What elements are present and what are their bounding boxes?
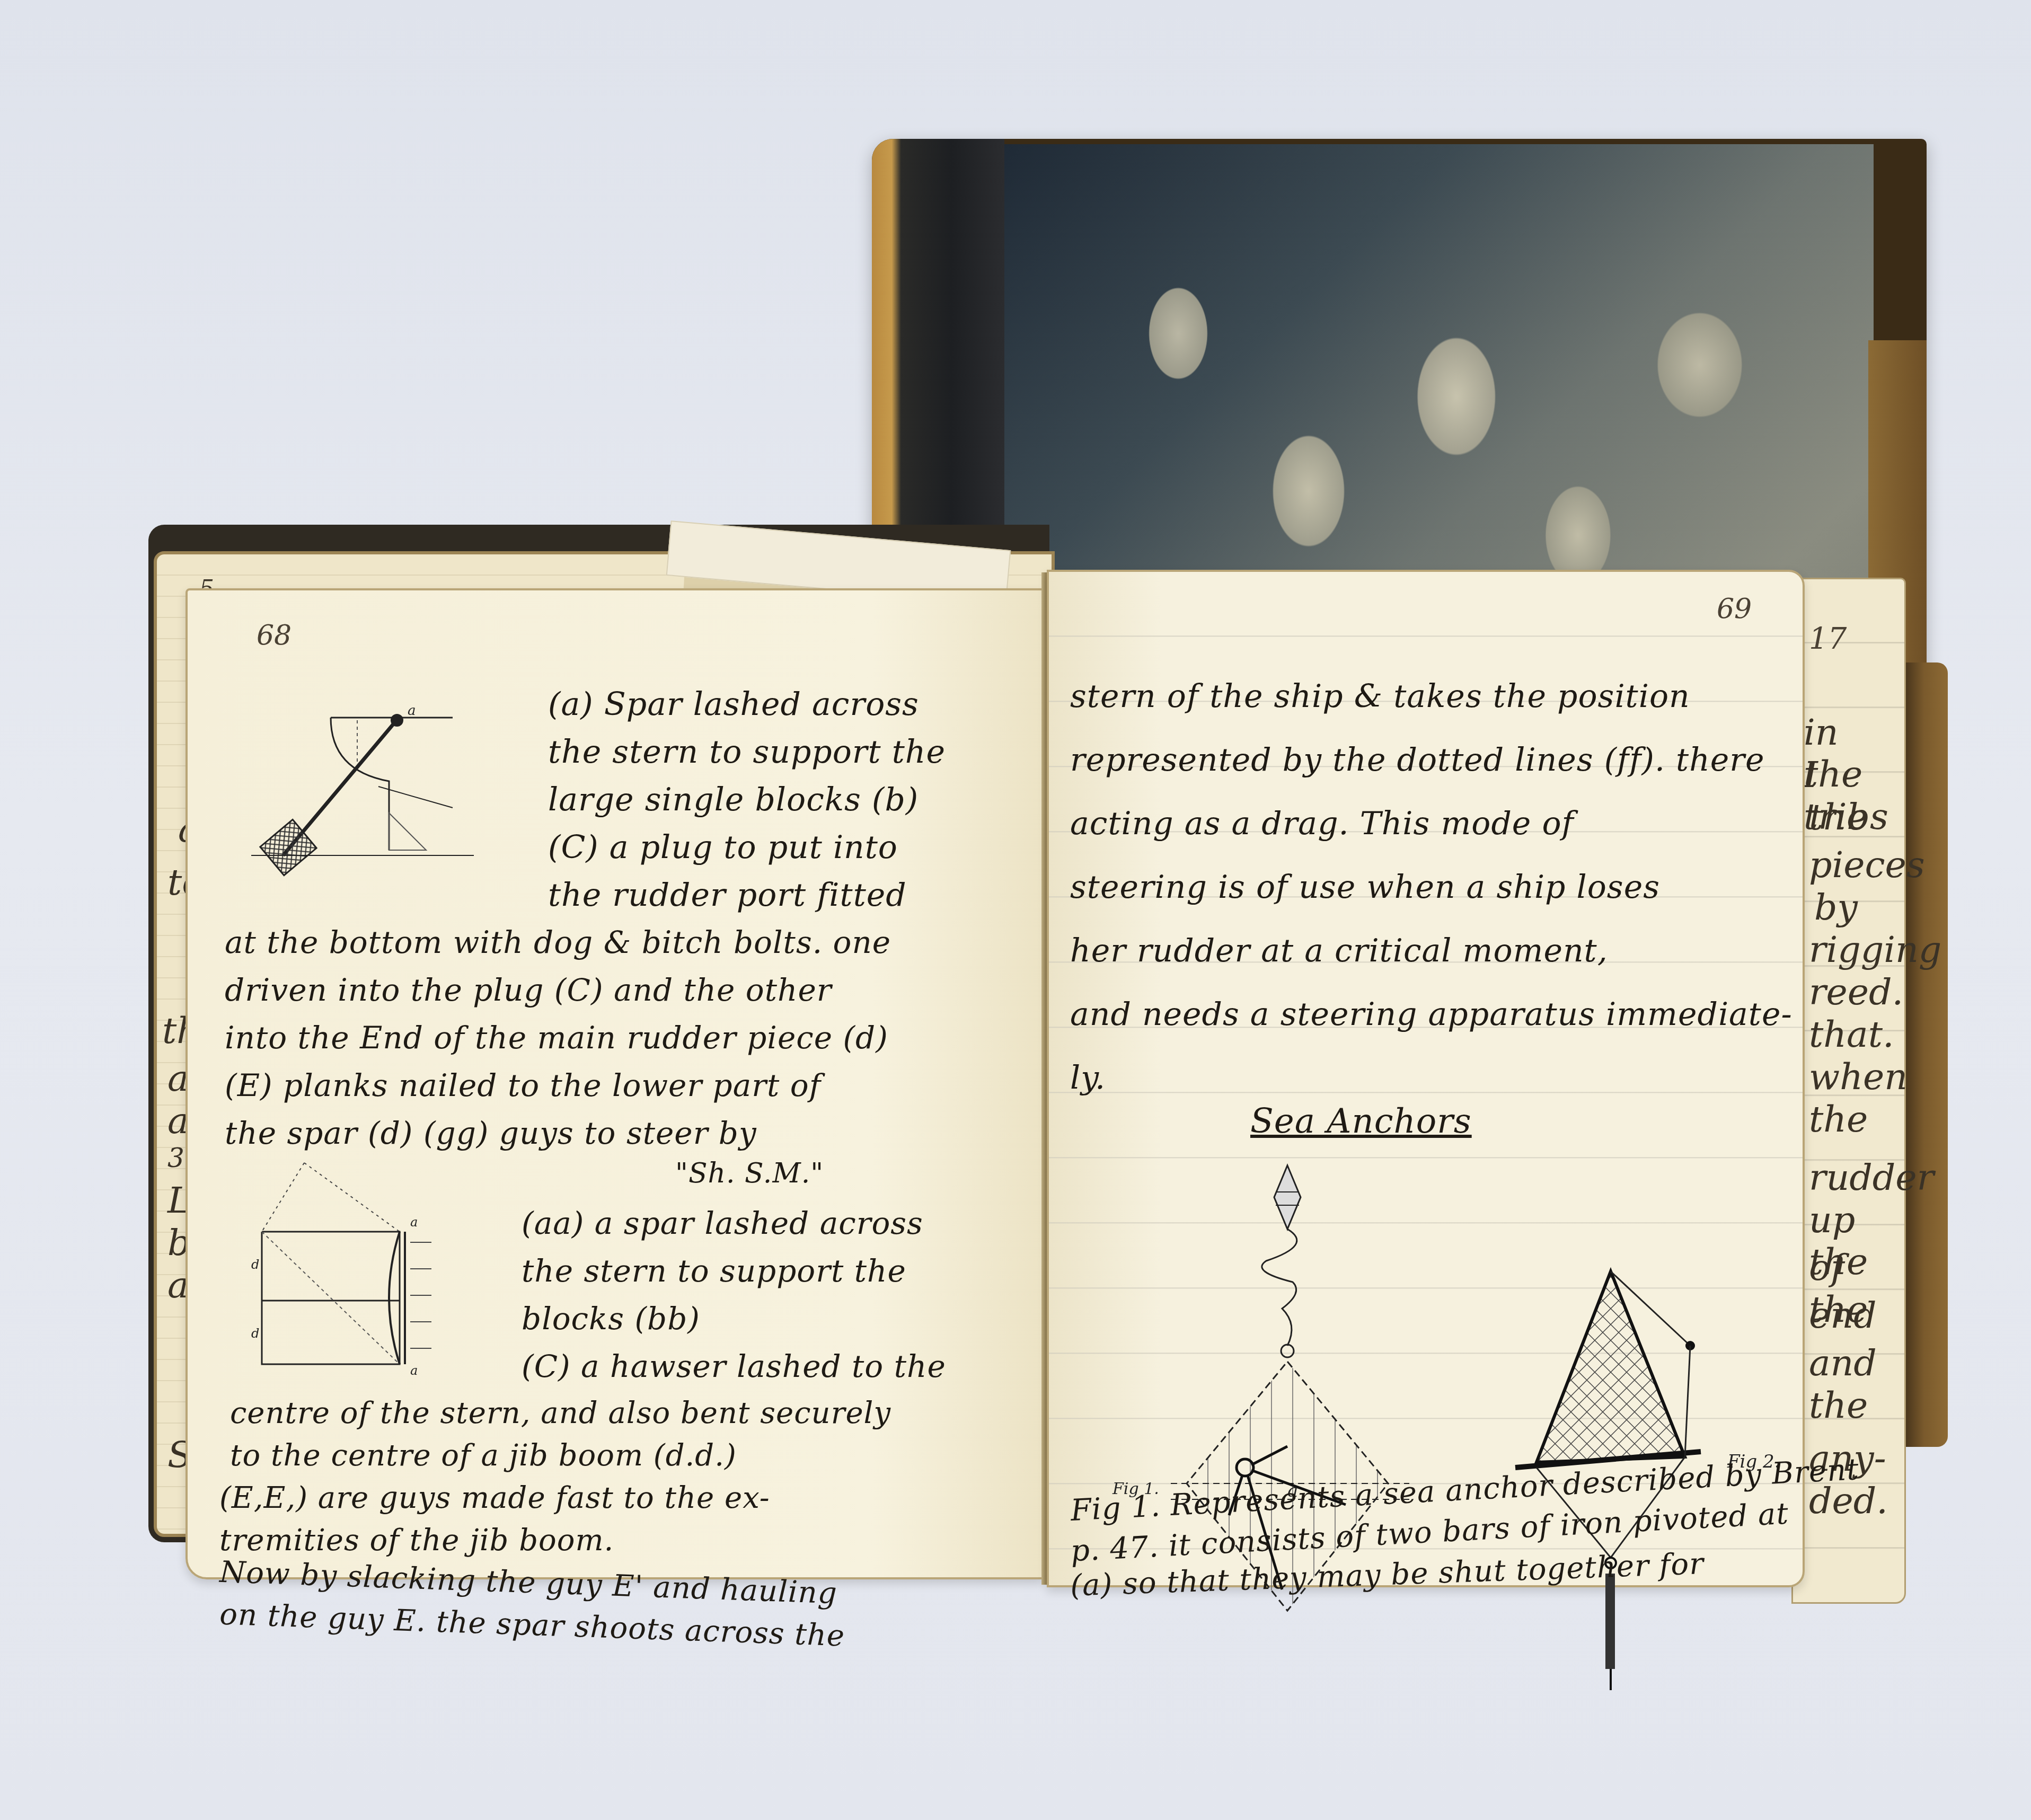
partial-word: that. bbox=[1809, 1014, 1894, 1056]
page-number: 68 bbox=[257, 620, 292, 651]
handwritten-line: (C) a plug to put into bbox=[548, 829, 898, 866]
partial-word: reed. bbox=[1809, 971, 1903, 1013]
handwritten-line: (a) Spar lashed across bbox=[548, 686, 919, 723]
svg-text:a: a bbox=[410, 1215, 418, 1230]
rudder-sketch-icon: a bbox=[251, 681, 516, 882]
svg-text:d: d bbox=[251, 1326, 259, 1341]
section-heading: Sea Anchors bbox=[1250, 1102, 1472, 1141]
handwritten-line: tremities of the jib boom. bbox=[219, 1523, 614, 1558]
partial-word: end bbox=[1809, 1295, 1877, 1337]
handwritten-line: steering is of use when a ship loses bbox=[1070, 869, 1660, 906]
page-68: 68 a (a) Spar lashed across the stern to… bbox=[186, 588, 1044, 1579]
page-69: 69 stern of the ship & takes the positio… bbox=[1047, 570, 1805, 1587]
partial-word: rigging bbox=[1809, 929, 1941, 971]
handwritten-line: acting as a drag. This mode of bbox=[1070, 805, 1574, 842]
handwritten-line: (aa) a spar lashed across bbox=[522, 1205, 923, 1241]
svg-text:a: a bbox=[410, 1363, 418, 1378]
svg-text:a: a bbox=[408, 703, 416, 719]
handwritten-line: (C) a hawser lashed to the bbox=[522, 1348, 946, 1384]
spar-diagram-icon: d d a a bbox=[241, 1147, 484, 1375]
handwritten-line: the spar (d) (gg) guys to steer by bbox=[225, 1115, 757, 1151]
handwritten-line: stern of the ship & takes the position bbox=[1070, 678, 1690, 715]
svg-text:d: d bbox=[251, 1257, 259, 1272]
partial-word: the bbox=[1809, 1385, 1868, 1427]
handwritten-signature: "Sh. S.M." bbox=[675, 1158, 824, 1189]
partial-word: the bbox=[1809, 797, 1868, 838]
page-number: 69 bbox=[1717, 593, 1752, 625]
page-number: 17 bbox=[1809, 622, 1847, 656]
handwritten-line: her rudder at a critical moment, bbox=[1070, 932, 1608, 969]
underlying-right-page: 17 in the I tribs the pieces by rigging … bbox=[1791, 578, 1906, 1604]
partial-word: rudder bbox=[1809, 1157, 1934, 1199]
handwritten-line: centre of the stern, and also bent secur… bbox=[230, 1396, 891, 1430]
handwritten-line: the stern to support the bbox=[548, 734, 946, 771]
partial-word: the bbox=[1809, 1099, 1868, 1141]
handwritten-line: into the End of the main rudder piece (d… bbox=[225, 1020, 888, 1056]
handwritten-line: driven into the plug (C) and the other bbox=[225, 972, 832, 1008]
handwritten-line: and needs a steering apparatus immediate… bbox=[1070, 996, 1792, 1033]
handwritten-line: the stern to support the bbox=[522, 1253, 906, 1289]
partial-word: pieces bbox=[1809, 844, 1925, 886]
partial-word: and bbox=[1809, 1342, 1877, 1384]
partial-word: when bbox=[1809, 1056, 1908, 1098]
handwritten-line: (E,E,) are guys made fast to the ex- bbox=[219, 1481, 770, 1515]
handwritten-line: the rudder port fitted bbox=[548, 877, 907, 914]
worn-leather-edge bbox=[1900, 662, 1948, 1447]
handwritten-line: large single blocks (b) bbox=[548, 781, 919, 818]
handwritten-line: ly. bbox=[1070, 1059, 1106, 1097]
handwritten-line: at the bottom with dog & bitch bolts. on… bbox=[225, 924, 891, 960]
handwritten-line: blocks (bb) bbox=[522, 1301, 700, 1337]
partial-word: by bbox=[1814, 887, 1858, 929]
handwritten-line: represented by the dotted lines (ff). th… bbox=[1070, 741, 1765, 779]
handwritten-line: (E) planks nailed to the lower part of bbox=[225, 1067, 821, 1103]
handwritten-line: to the centre of a jib boom (d.d.) bbox=[230, 1438, 737, 1473]
